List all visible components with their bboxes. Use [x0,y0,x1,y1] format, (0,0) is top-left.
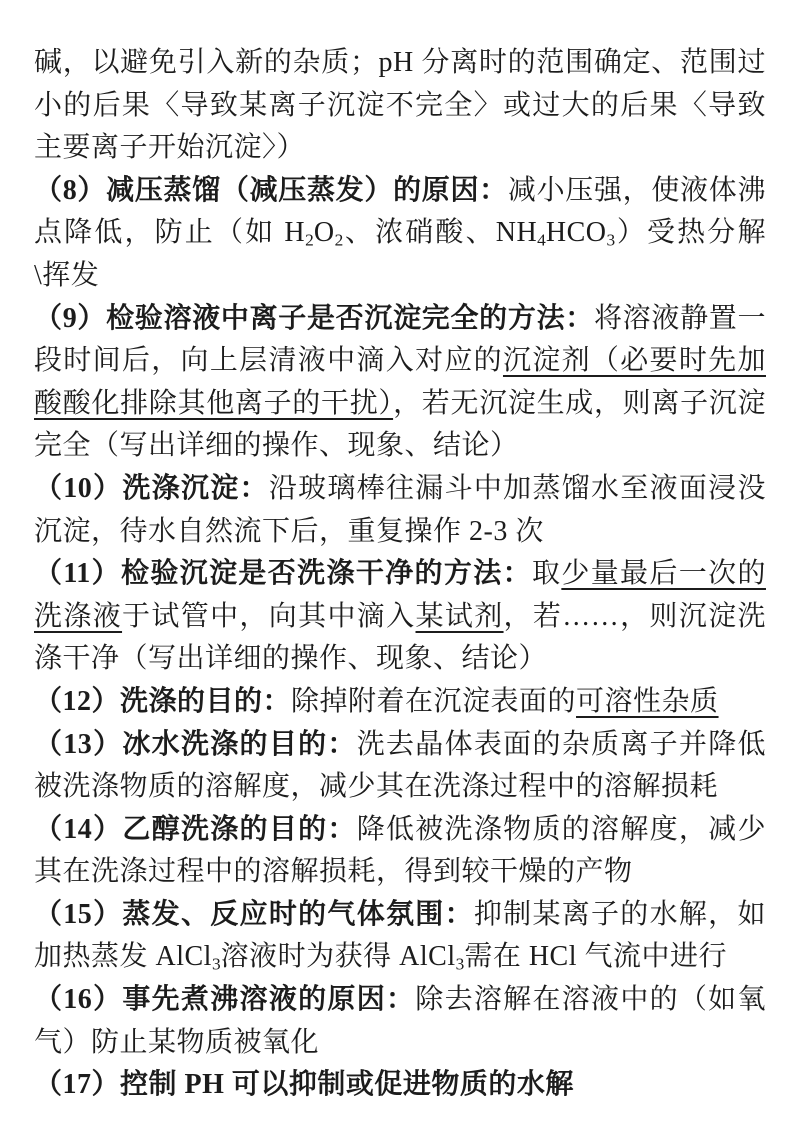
text-run: 取 [532,558,561,589]
document-body: 碱，以避免引入新的杂质；pH 分离时的范围确定、范围过小的后果〈导致某离子沉淀不… [34,42,766,1107]
text-run: 3 [456,955,465,974]
text-run: O [314,217,335,248]
para-ph-separation: 碱，以避免引入新的杂质；pH 分离时的范围确定、范围过小的后果〈导致某离子沉淀不… [34,42,766,170]
para-item-14: （14）乙醇洗涤的目的：降低被洗涤物质的溶解度，减少其在洗涤过程中的溶解损耗，得… [34,809,766,894]
text-run: 4 [537,231,546,250]
text-run: （14）乙醇洗涤的目的： [34,814,357,845]
document-page: 碱，以避免引入新的杂质；pH 分离时的范围确定、范围过小的后果〈导致某离子沉淀不… [0,0,794,1123]
para-item-8: （8）减压蒸馏（减压蒸发）的原因：减小压强，使液体沸点降低，防止（如 H2O2、… [34,170,766,298]
text-run: HCO [546,217,607,248]
text-run: 溶液时为获得 AlCl [221,941,456,972]
text-run: 某试剂 [416,601,504,632]
para-item-15: （15）蒸发、反应时的气体氛围：抑制某离子的水解，如加热蒸发 AlCl3溶液时为… [34,894,766,979]
text-run: 除掉附着在沉淀表面的 [291,686,576,717]
text-run: （12）洗涤的目的： [34,686,291,717]
text-run: 于试管中，向其中滴入 [122,601,415,632]
text-run: （13）冰水洗涤的目的： [34,729,357,760]
para-item-13: （13）冰水洗涤的目的：洗去晶体表面的杂质离子并降低被洗涤物质的溶解度，减少其在… [34,724,766,809]
text-run: 碱，以避免引入新的杂质；pH 分离时的范围确定、范围过小的后果〈导致某离子沉淀不… [34,47,766,163]
para-item-17: （17）控制 PH 可以抑制或促进物质的水解 [34,1064,766,1107]
text-run: （11）检验沉淀是否洗涤干净的方法： [34,558,532,589]
text-run: 2 [335,231,344,250]
text-run: （10）洗涤沉淀： [34,473,269,504]
text-run: （15）蒸发、反应时的气体氛围： [34,899,474,930]
text-run: （8）减压蒸馏（减压蒸发）的原因： [34,175,508,206]
text-run: （17）控制 PH 可以抑制或促进物质的水解 [34,1069,574,1100]
para-item-11: （11）检验沉淀是否洗涤干净的方法：取少量最后一次的洗涤液于试管中，向其中滴入某… [34,553,766,681]
para-item-12: （12）洗涤的目的：除掉附着在沉淀表面的可溶性杂质 [34,681,766,724]
para-item-9: （9）检验溶液中离子是否沉淀完全的方法：将溶液静置一段时间后，向上层清液中滴入对… [34,298,766,468]
text-run: （9）检验溶液中离子是否沉淀完全的方法： [34,303,594,334]
para-item-16: （16）事先煮沸溶液的原因：除去溶解在溶液中的（如氧气）防止某物质被氧化 [34,979,766,1064]
text-run: 3 [606,231,615,250]
text-run: （16）事先煮沸溶液的原因： [34,984,415,1015]
text-run: 3 [212,955,221,974]
text-run: 2 [305,231,314,250]
para-item-10: （10）洗涤沉淀：沿玻璃棒往漏斗中加蒸馏水至液面浸没沉淀，待水自然流下后，重复操… [34,468,766,553]
text-run: 需在 HCl 气流中进行 [464,941,727,972]
text-run: 、浓硝酸、NH [343,217,537,248]
text-run: 可溶性杂质 [576,686,719,717]
